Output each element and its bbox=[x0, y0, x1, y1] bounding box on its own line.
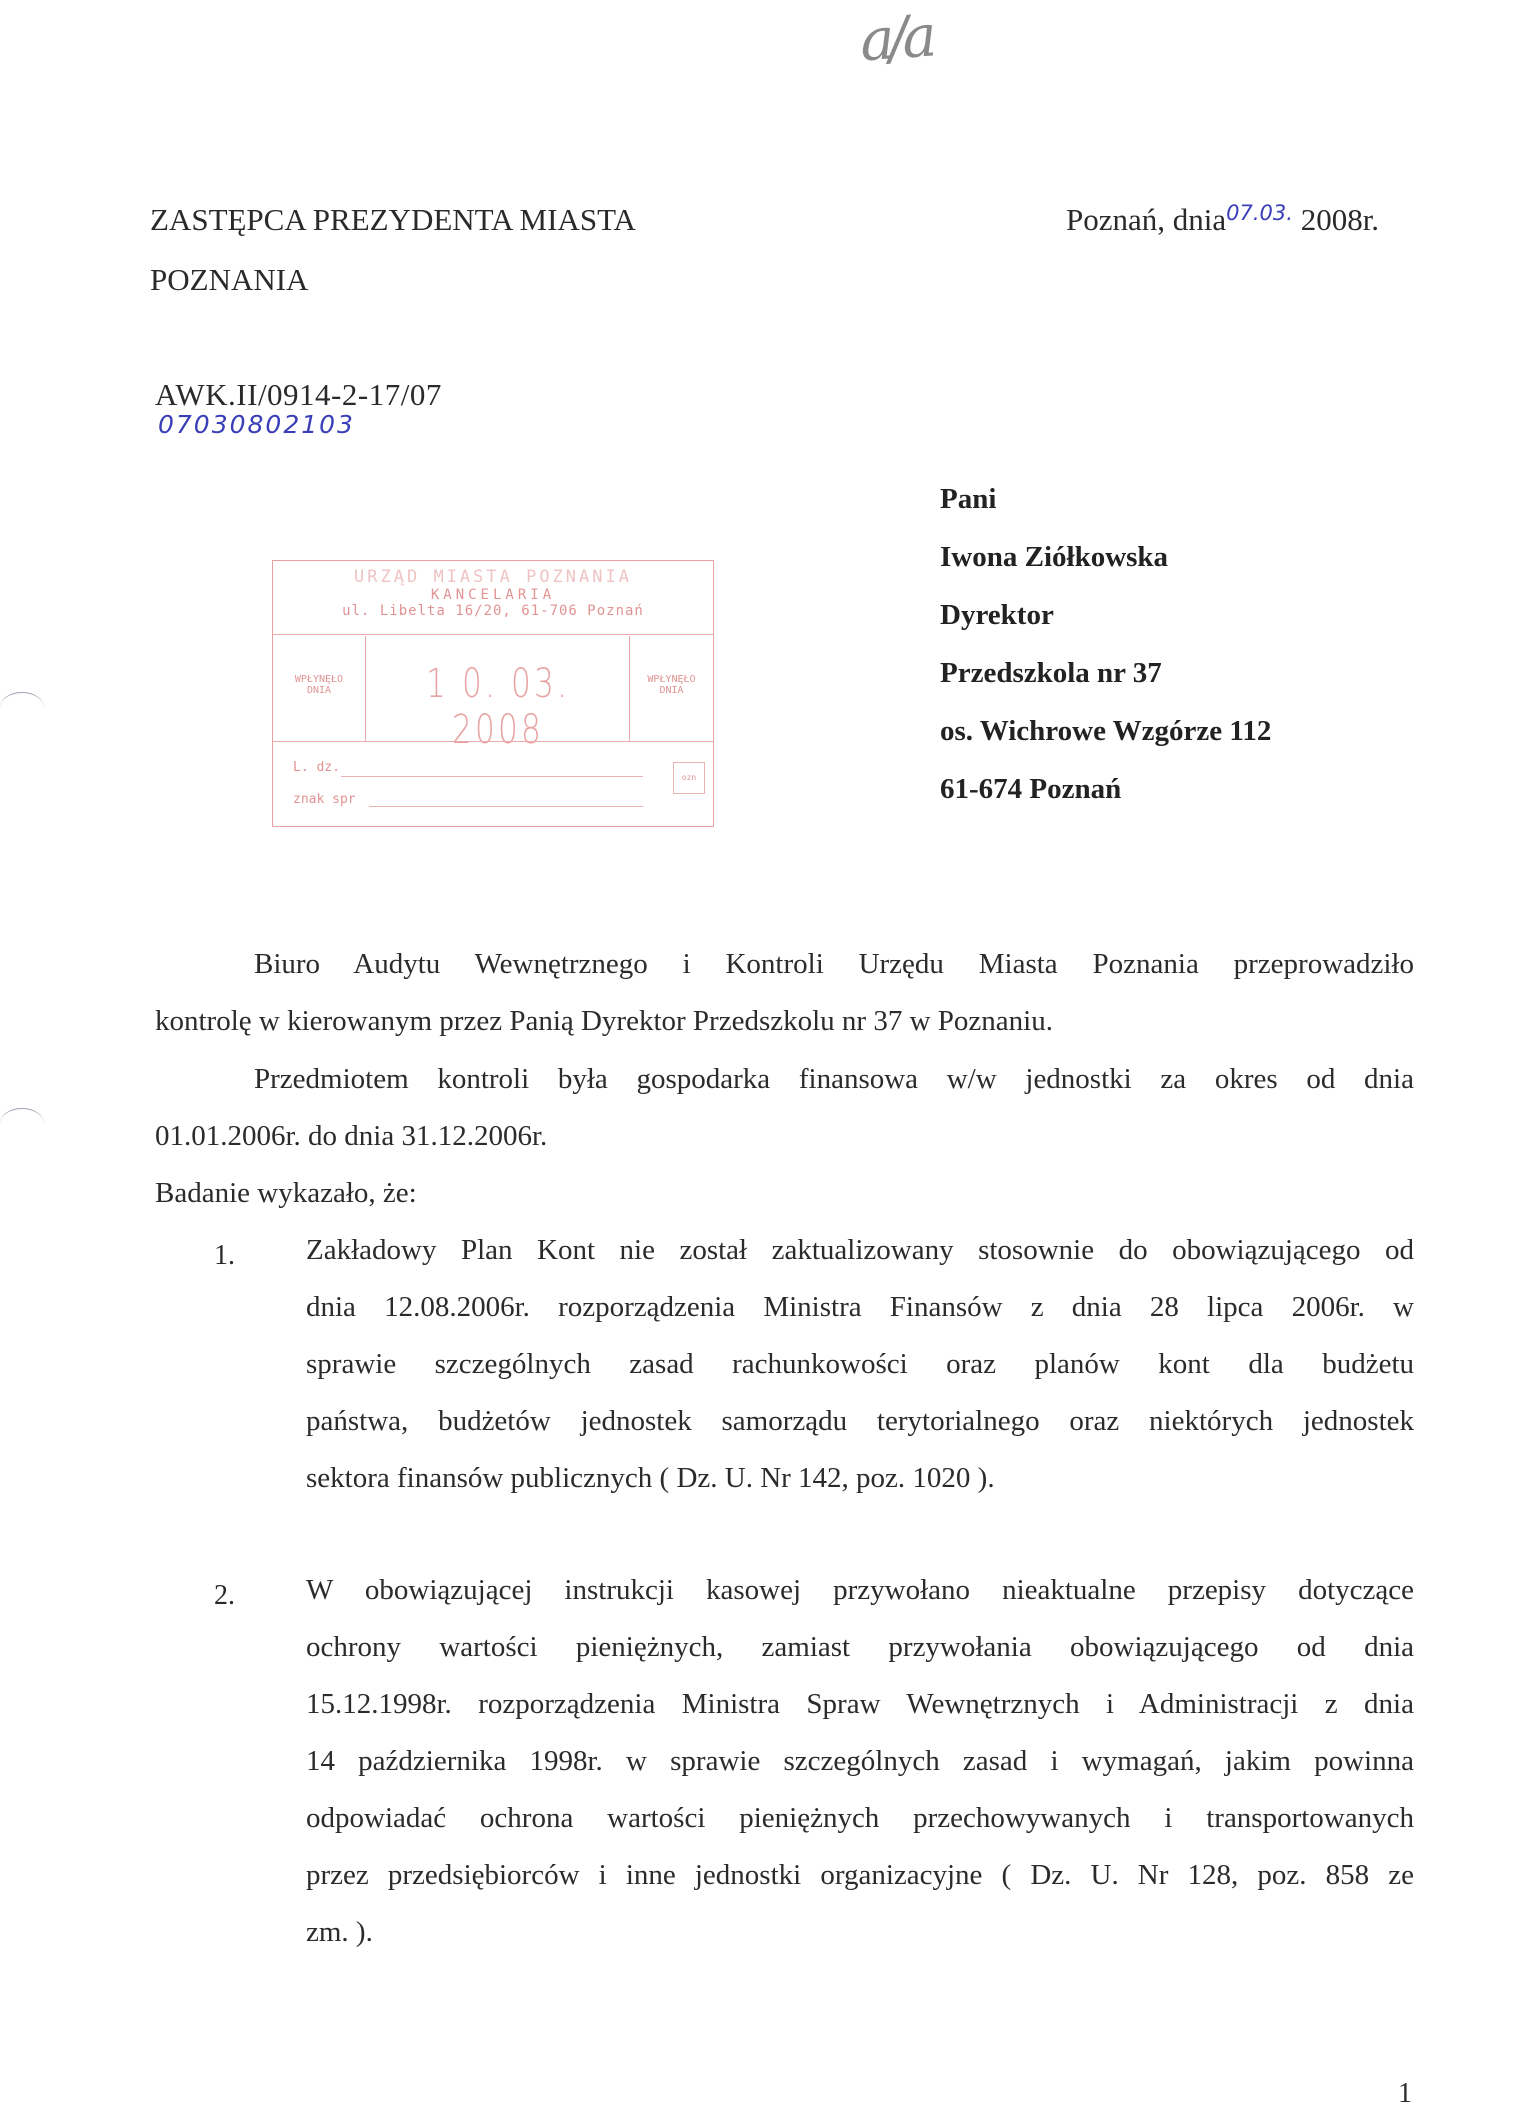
stamp-znak-line bbox=[369, 806, 643, 807]
letter-date: Poznań, dnia07.03. 2008r. bbox=[1066, 202, 1379, 238]
date-suffix: 2008r. bbox=[1301, 202, 1379, 237]
finding-number: 1. bbox=[214, 1240, 235, 1272]
finding-2-line: W obowiązującej instrukcji kasowej przyw… bbox=[306, 1562, 1414, 1619]
finding-2-line: zm. ). bbox=[306, 1904, 1414, 1961]
finding-1-line: sektora finansów publicznych ( Dz. U. Nr… bbox=[306, 1450, 1414, 1507]
finding-2-line: przez przedsiębiorców i inne jednostki o… bbox=[306, 1847, 1414, 1904]
stamp-znak-label: znak spr bbox=[293, 792, 356, 807]
recipient-salutation: Pani bbox=[940, 483, 996, 516]
intro-line-2: kontrolę w kierowanym przez Panią Dyrekt… bbox=[155, 993, 1414, 1050]
stamp-address: ul. Libelta 16/20, 61-706 Poznań bbox=[273, 603, 713, 619]
recipient-institution: Przedszkola nr 37 bbox=[940, 657, 1162, 690]
stamp-label: WPŁYNĘŁO bbox=[273, 674, 365, 685]
recipient-position: Dyrektor bbox=[940, 599, 1054, 632]
stamp-received-label-right: WPŁYNĘŁO DNIA bbox=[629, 636, 713, 741]
finding-2-line: odpowiadać ochrona wartości pieniężnych … bbox=[306, 1790, 1414, 1847]
finding-2-line: 14 października 1998r. w sprawie szczegó… bbox=[306, 1733, 1414, 1790]
subject-line-1: Przedmiotem kontroli była gospodarka fin… bbox=[254, 1051, 1414, 1108]
finding-1-line: sprawie szczególnych zasad rachunkowości… bbox=[306, 1336, 1414, 1393]
handwritten-reference: 07030802103 bbox=[158, 410, 355, 439]
stamp-footer: L. dz. znak spr ozn bbox=[273, 741, 713, 827]
stamp-department: KANCELARIA bbox=[273, 587, 713, 603]
finding-2-line: ochrony wartości pieniężnych, zamiast pr… bbox=[306, 1619, 1414, 1676]
stamp-box: ozn bbox=[673, 762, 705, 794]
stamp-label: WPŁYNĘŁO bbox=[630, 674, 713, 685]
stamp-ldz-line bbox=[341, 776, 643, 777]
finding-1-line: państwa, budżetów jednostek samorządu te… bbox=[306, 1393, 1414, 1450]
finding-number: 2. bbox=[214, 1580, 235, 1612]
finding-2-line: 15.12.1998r. rozporządzenia Ministra Spr… bbox=[306, 1676, 1414, 1733]
sender-title-city: POZNANIA bbox=[150, 262, 308, 298]
date-prefix: Poznań, dnia bbox=[1066, 202, 1226, 237]
punch-hole-mark bbox=[0, 1108, 44, 1139]
reference-number: AWK.II/0914-2-17/07 bbox=[155, 377, 442, 413]
findings-intro: Badanie wykazało, że: bbox=[155, 1165, 1414, 1222]
pencil-annotation: a/a bbox=[858, 2, 933, 75]
received-stamp: URZĄD MIASTA POZNANIA KANCELARIA ul. Lib… bbox=[272, 560, 714, 827]
stamp-office: URZĄD MIASTA POZNANIA bbox=[273, 567, 713, 587]
finding-1-line: dnia 12.08.2006r. rozporządzenia Ministr… bbox=[306, 1279, 1414, 1336]
recipient-city: 61-674 Poznań bbox=[940, 773, 1121, 806]
stamp-label: DNIA bbox=[630, 685, 713, 696]
stamp-ldz-label: L. dz. bbox=[293, 760, 340, 775]
stamp-label: DNIA bbox=[273, 685, 365, 696]
recipient-street: os. Wichrowe Wzgórze 112 bbox=[940, 715, 1271, 748]
handwritten-date: 07.03. bbox=[1226, 201, 1293, 225]
subject-line-2: 01.01.2006r. do dnia 31.12.2006r. bbox=[155, 1108, 1414, 1165]
punch-hole-mark bbox=[0, 692, 44, 723]
page-number: 1 bbox=[1398, 2078, 1412, 2110]
stamp-date: 1 0. 03. 2008 bbox=[397, 661, 600, 753]
recipient-name: Iwona Ziółkowska bbox=[940, 541, 1168, 574]
sender-title: ZASTĘPCA PREZYDENTA MIASTA bbox=[150, 202, 636, 238]
stamp-header: URZĄD MIASTA POZNANIA KANCELARIA ul. Lib… bbox=[273, 561, 713, 635]
stamp-received-label-left: WPŁYNĘŁO DNIA bbox=[273, 636, 366, 741]
intro-line-1: Biuro Audytu Wewnętrznego i Kontroli Urz… bbox=[254, 936, 1414, 993]
finding-1-line: Zakładowy Plan Kont nie został zaktualiz… bbox=[306, 1222, 1414, 1279]
